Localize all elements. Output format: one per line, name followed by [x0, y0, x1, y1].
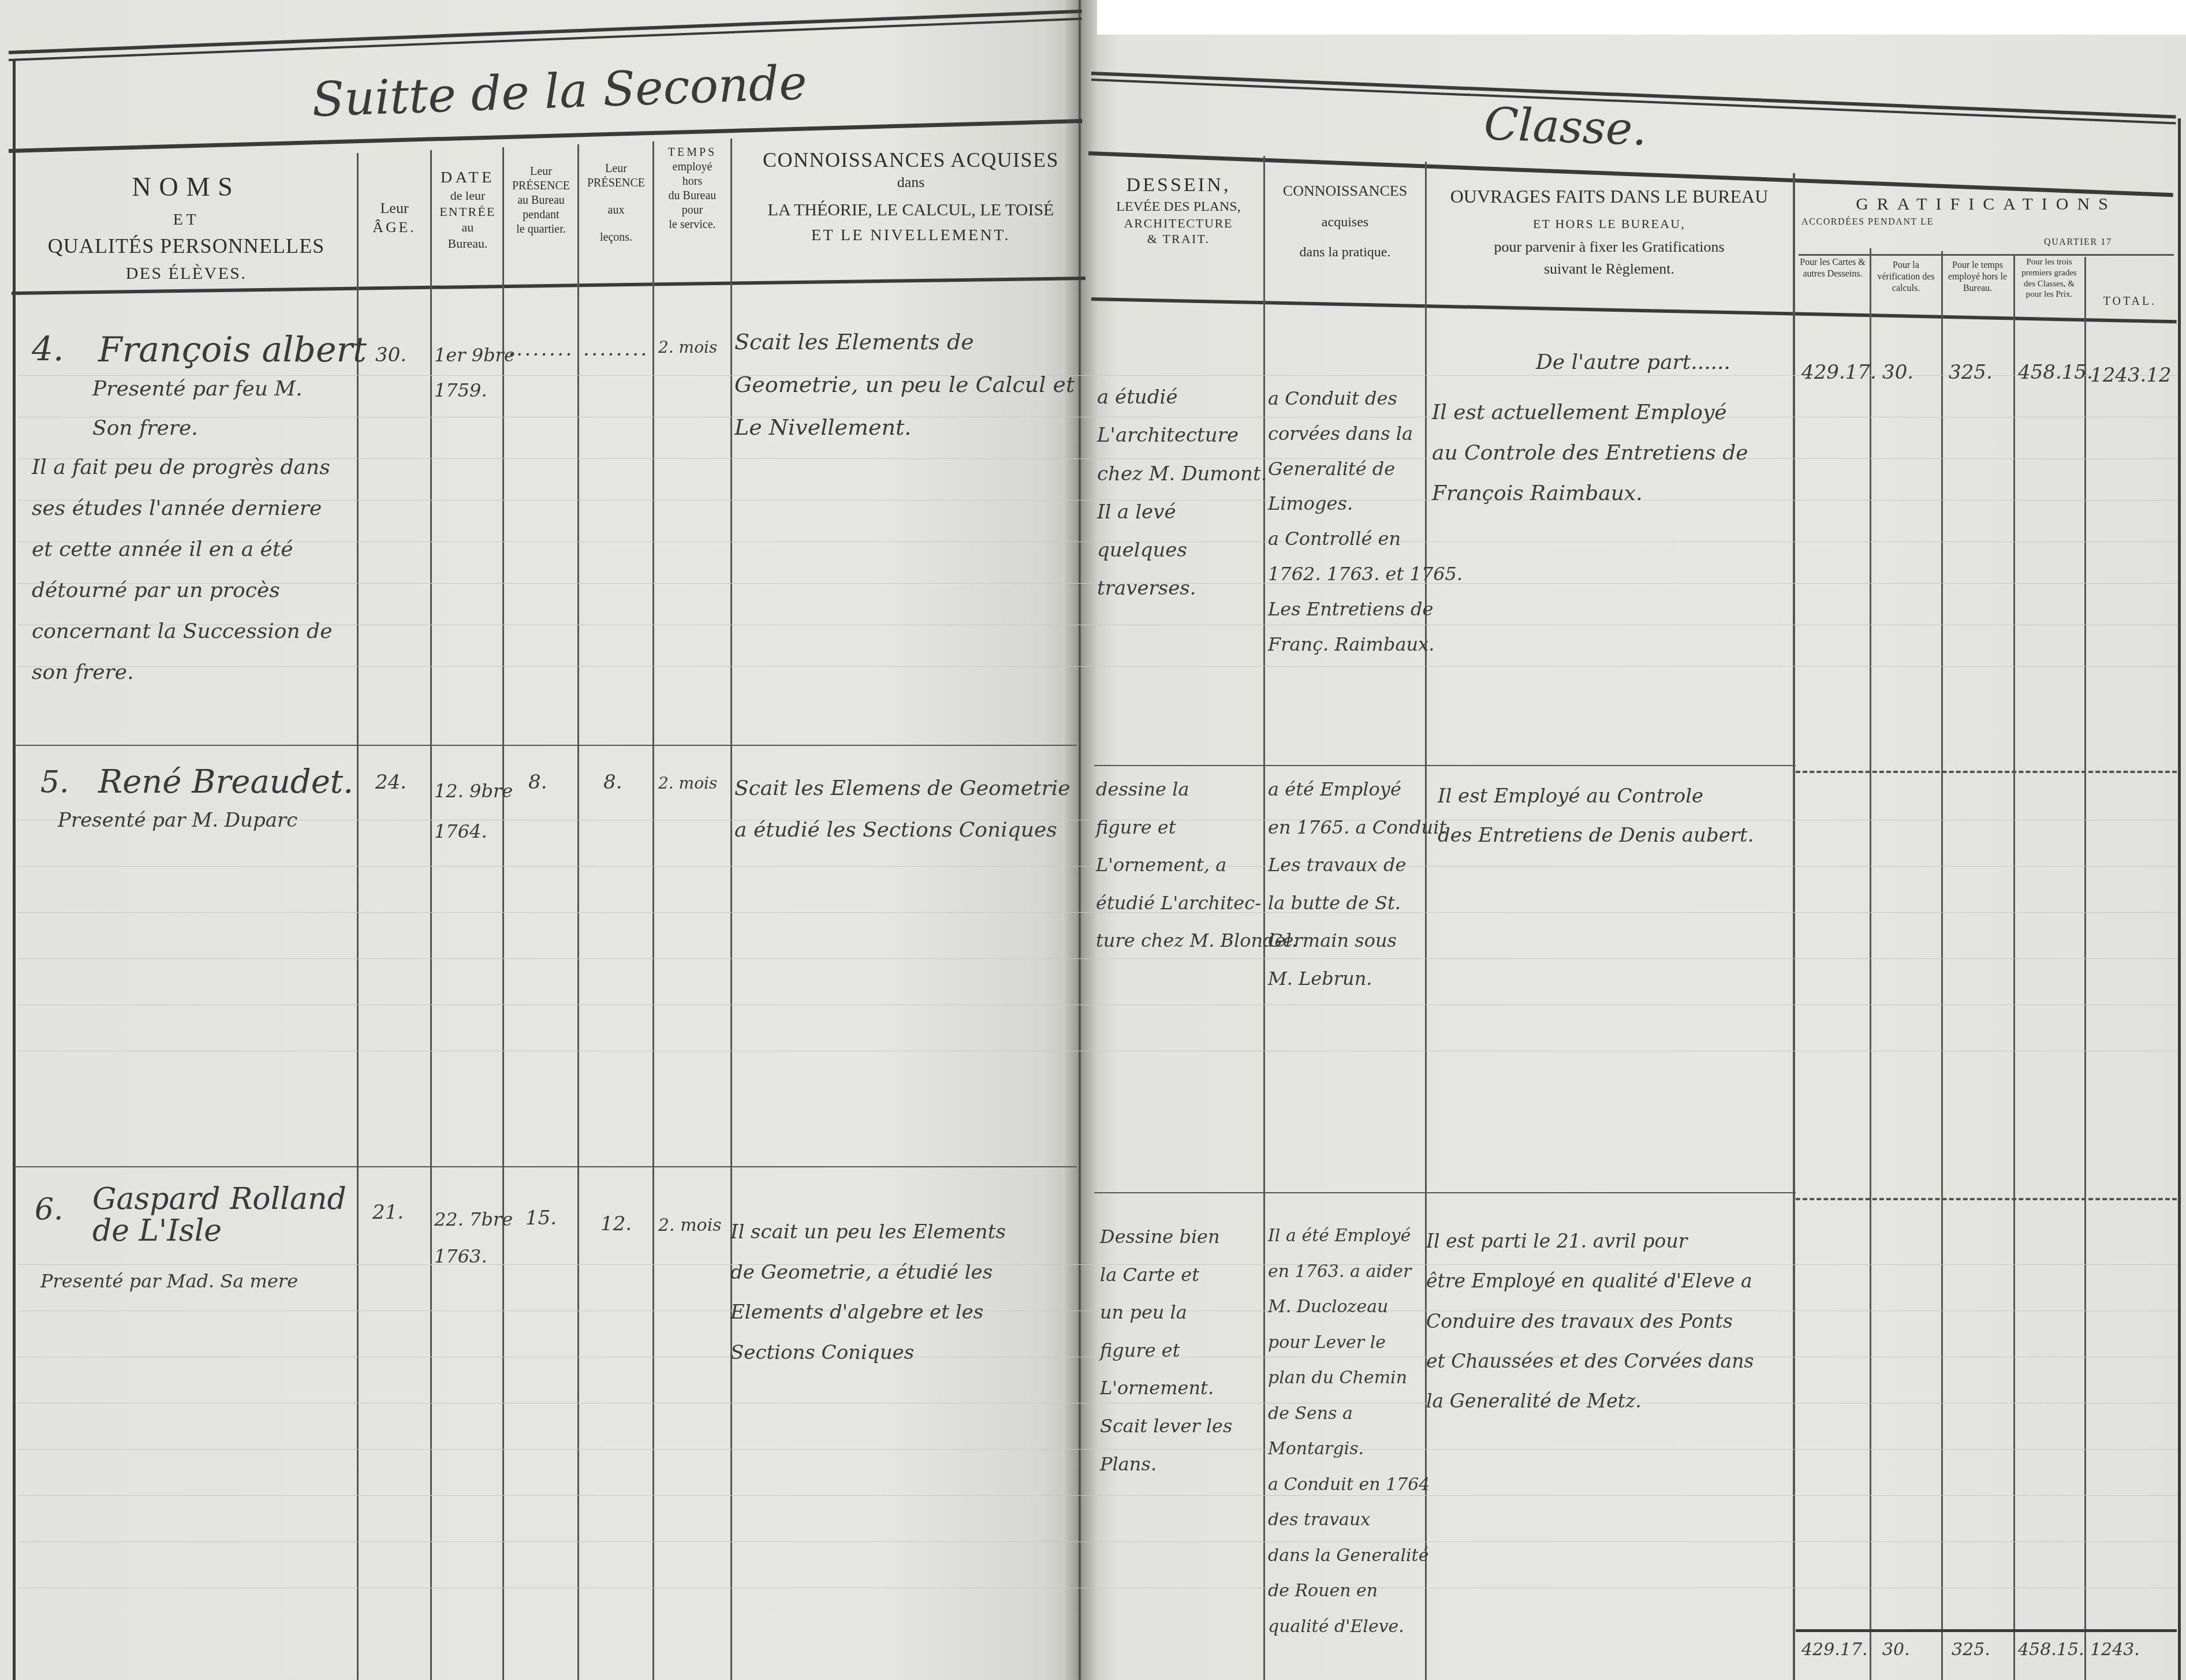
entry-4-age: 30.	[375, 344, 406, 367]
header-presence-lecons-line2: PRÉSENCE	[580, 176, 652, 191]
header-ouvrages-line2: ET HORS LE BUREAU,	[1427, 216, 1791, 232]
header-dessein-line3: ARCHITECTURE	[1094, 215, 1263, 232]
header-temps-line2: employé	[655, 160, 730, 174]
entry-5-presented-by: Presenté par M. Duparc	[58, 805, 297, 836]
header-presence-lecons-line1: Leur	[580, 162, 652, 176]
entry-5-connoissances-theorie: Scait les Elemens de Geometrie a étudié …	[734, 768, 1070, 851]
header-dessein-line4: & TRAIT.	[1094, 231, 1263, 247]
header-gratifications-subtitle-right: QUARTIER 17	[2044, 237, 2171, 248]
header-connoissances-theorie-line3: LA THÉORIE, LE CALCUL, LE TOISÉ	[733, 199, 1088, 221]
entry-5-age: 24.	[375, 771, 406, 794]
header-grat-col-verification: Pour la vérification des calculs.	[1872, 260, 1940, 294]
entry-4-presence-lecons: ........	[583, 338, 649, 361]
header-ouvrages: OUVRAGES FAITS DANS LE BUREAU ET HORS LE…	[1427, 185, 1791, 279]
header-dessein: DESSEIN, LEVÉE DES PLANS, ARCHITECTURE &…	[1094, 173, 1263, 247]
header-presence-bureau-line4: pendant	[505, 208, 577, 222]
page-total-temps: 325.	[1952, 1640, 1990, 1660]
entry-4-number: 4.	[32, 323, 64, 375]
header-noms-line1: NOMS	[17, 170, 355, 204]
carried-forward-temps: 325.	[1949, 361, 1993, 384]
header-grat-col-temps: Pour le temps employé hors le Bureau.	[1943, 260, 2012, 294]
header-gratifications-title: GRATIFICATIONS	[1801, 193, 2171, 215]
header-connoissances-pratique-line2: acquises	[1266, 214, 1424, 231]
carried-forward-grades: 458.15.	[2018, 361, 2093, 384]
entry-4-presence-bureau: ........	[508, 338, 574, 361]
header-presence-bureau: Leur PRÉSENCE au Bureau pendant le quart…	[505, 165, 577, 237]
header-date-line1: DATE	[433, 167, 502, 188]
entry-5-connoissances-pratique: a été Employé en 1765. a Conduit Les tra…	[1268, 771, 1446, 998]
entry-5-presence-lecons: 8.	[603, 771, 622, 794]
entry-4-connoissances-theorie: Scait les Elements de Geometrie, un peu …	[734, 320, 1075, 449]
header-date-line3: ENTRÉE	[433, 204, 502, 220]
header-gratifications-subtitle-left: ACCORDÉES PENDANT LE	[1801, 216, 1986, 228]
header-ouvrages-line3: pour parvenir à fixer les Gratifications	[1427, 238, 1791, 257]
header-connoissances-pratique-line1: CONNOISSANCES	[1266, 182, 1424, 201]
entry-6-connoissances-theorie: Il scait un peu les Elements de Geometri…	[730, 1212, 1006, 1373]
entry-6-date-entree: 22. 7bre 1763.	[434, 1201, 513, 1275]
header-connoissances-theorie: CONNOISSANCES ACQUISES dans LA THÉORIE, …	[733, 147, 1088, 245]
header-date-line2: de leur	[433, 188, 502, 204]
entry-4-dessein: a étudié L'architecture chez M. Dumont. …	[1097, 378, 1267, 608]
page-total-total: 1243.	[2090, 1640, 2140, 1660]
header-connoissances-pratique-line3: dans la pratique.	[1266, 244, 1424, 261]
header-temps-line4: du Bureau	[655, 189, 730, 203]
header-ouvrages-line4: suivant le Règlement.	[1427, 260, 1791, 279]
entry-6-age: 21.	[372, 1201, 404, 1224]
carried-forward-cartes: 429.17.	[1801, 361, 1877, 384]
header-presence-lecons-line4: leçons.	[580, 230, 652, 245]
gratifications-brace	[1799, 254, 2174, 256]
entry-6-temps: 2. mois	[658, 1212, 722, 1240]
entry-4-ouvrages: Il est actuellement Employé au Controle …	[1432, 393, 1748, 514]
header-temps-line6: le service.	[655, 218, 730, 232]
header-age-line2: ÂGE.	[359, 218, 430, 237]
header-noms-line3: QUALITÉS PERSONNELLES	[17, 233, 355, 259]
carried-forward-total: 1243.12	[2090, 364, 2172, 387]
entry-5-presence-bureau: 8.	[528, 771, 547, 794]
header-connoissances-pratique: CONNOISSANCES acquises dans la pratique.	[1266, 182, 1424, 261]
header-presence-bureau-line1: Leur	[505, 165, 577, 179]
entry-4-presented-by: Presenté par feu M. Son frere.	[92, 369, 303, 449]
page-title-right: Classe.	[1483, 89, 1648, 165]
entry-6-connoissances-pratique: Il a été Employé en 1763. a aider M. Duc…	[1268, 1218, 1430, 1644]
header-temps-line5: pour	[655, 203, 730, 218]
header-temps-line3: hors	[655, 174, 730, 189]
header-noms-line2: ET	[17, 210, 355, 230]
header-presence-bureau-line3: au Bureau	[505, 193, 577, 208]
header-dessein-line1: DESSEIN,	[1094, 173, 1263, 198]
entry-5-dessein: dessine la figure et L'ornement, a étudi…	[1096, 771, 1297, 960]
header-date-line5: Bureau.	[433, 236, 502, 252]
header-noms: NOMS ET QUALITÉS PERSONNELLES DES ÉLÈVES…	[17, 170, 355, 284]
header-connoissances-theorie-line1: CONNOISSANCES ACQUISES	[733, 147, 1088, 173]
carried-forward-label: De l'autre part......	[1536, 346, 1730, 379]
header-age: Leur ÂGE.	[359, 199, 430, 237]
header-temps-line1: TEMPS	[655, 145, 730, 160]
entry-4-date-entree: 1er 9bre 1759.	[434, 338, 515, 408]
entry-6-presence-bureau: 15.	[525, 1207, 557, 1230]
header-connoissances-theorie-line2: dans	[733, 173, 1088, 192]
header-presence-lecons-line3: aux	[580, 203, 652, 218]
entry-6-number: 6.	[35, 1186, 64, 1233]
entry-5-number: 5.	[40, 759, 69, 806]
page-total-grades: 458.15.	[2018, 1640, 2084, 1660]
entry-6-name: Gaspard Rolland de L'Isle	[92, 1184, 346, 1246]
header-age-line1: Leur	[359, 199, 430, 218]
entry-5-temps: 2. mois	[658, 771, 717, 796]
entry-4-temps: 2. mois	[658, 335, 717, 360]
entry-6-ouvrages: Il est parti le 21. avril pour être Empl…	[1426, 1221, 1754, 1421]
header-date-line4: au	[433, 219, 502, 236]
right-page-border	[2178, 118, 2181, 1680]
entry-5-date-entree: 12. 9bre 1764.	[434, 771, 513, 852]
header-dessein-line2: LEVÉE DES PLANS,	[1094, 198, 1263, 215]
header-ouvrages-line1: OUVRAGES FAITS DANS LE BUREAU	[1427, 185, 1791, 208]
header-presence-lecons: Leur PRÉSENCE aux leçons.	[580, 162, 652, 245]
page-total-cartes: 429.17.	[1801, 1640, 1868, 1660]
page-total-verification: 30.	[1882, 1640, 1910, 1660]
header-date-entree: DATE de leur ENTRÉE au Bureau.	[433, 167, 502, 251]
header-noms-line4: DES ÉLÈVES.	[17, 263, 355, 285]
entry-6-presence-lecons: 12.	[600, 1212, 632, 1235]
header-connoissances-theorie-line4: ET LE NIVELLEMENT.	[733, 225, 1088, 245]
header-grat-col-total: TOTAL.	[2087, 294, 2173, 309]
entry-5-ouvrages: Il est Employé au Controle des Entretien…	[1438, 776, 1754, 855]
header-presence-bureau-line2: PRÉSENCE	[505, 179, 577, 193]
header-temps: TEMPS employé hors du Bureau pour le ser…	[655, 145, 730, 232]
entry-5-name: René Breaudet.	[98, 757, 353, 808]
left-page-border	[13, 61, 16, 1680]
header-presence-bureau-line5: le quartier.	[505, 222, 577, 237]
header-grat-col-cartes: Pour les Cartes & autres Desseins.	[1797, 257, 1868, 280]
carried-forward-verification: 30.	[1882, 361, 1913, 384]
entry-4-remarks: Il a fait peu de progrès dans ses études…	[32, 447, 332, 693]
header-grat-col-grades-prix: Pour les trois premiers grades des Class…	[2015, 257, 2083, 300]
entry-6-dessein: Dessine bien la Carte et un peu la figur…	[1100, 1218, 1232, 1483]
entry-6-presented-by: Presenté par Mad. Sa mere	[40, 1267, 298, 1296]
